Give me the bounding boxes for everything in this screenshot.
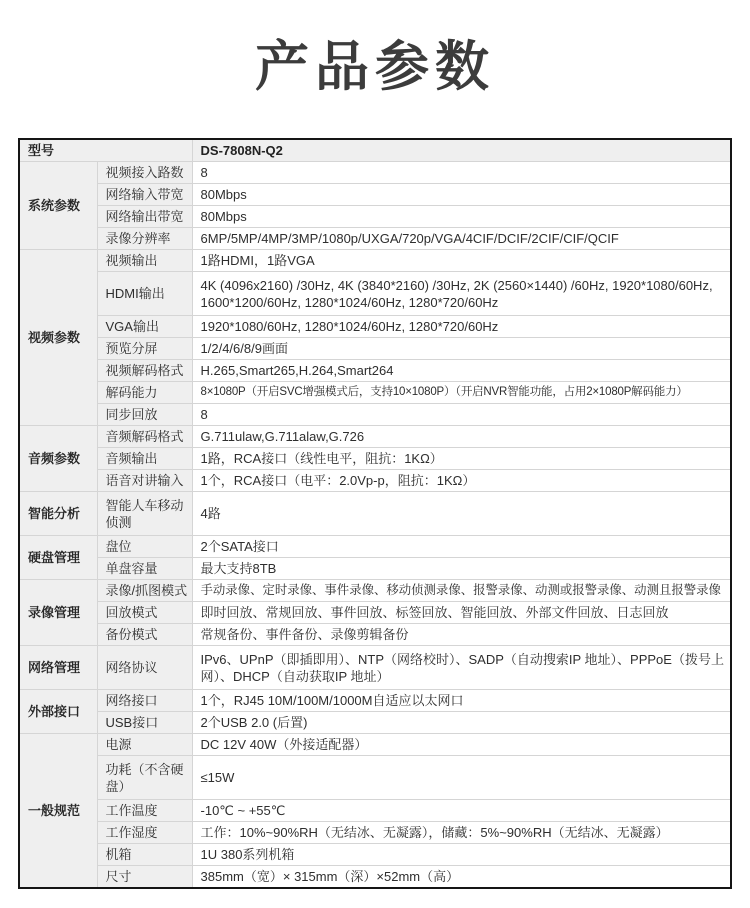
table-row: 回放模式 即时回放、常规回放、事件回放、标签回放、智能回放、外部文件回放、日志回… (19, 602, 731, 624)
table-row: 网络输出带宽 80Mbps (19, 206, 731, 228)
table-row: 尺寸 385mm（宽）× 315mm（深）×52mm（高） (19, 866, 731, 889)
category-cell-video: 视频参数 (19, 250, 97, 426)
spec-value: 385mm（宽）× 315mm（深）×52mm（高） (192, 866, 731, 889)
category-cell-recording: 录像管理 (19, 580, 97, 646)
table-row: 机箱 1U 380系列机箱 (19, 844, 731, 866)
spec-value: 4K (4096x2160) /30Hz, 4K (3840*2160) /30… (192, 272, 731, 316)
spec-value: 1个，RJ45 10M/100M/1000M自适应以太网口 (192, 690, 731, 712)
spec-value: 1个，RCA接口（电平：2.0Vp-p，阻抗：1KΩ） (192, 470, 731, 492)
spec-label: 网络接口 (97, 690, 192, 712)
spec-label: 备份模式 (97, 624, 192, 646)
spec-label: 网络输入带宽 (97, 184, 192, 206)
table-row: 系统参数 视频接入路数 8 (19, 162, 731, 184)
spec-label: 电源 (97, 734, 192, 756)
spec-value: 1路HDMI，1路VGA (192, 250, 731, 272)
spec-label: 单盘容量 (97, 558, 192, 580)
spec-value: 8 (192, 162, 731, 184)
spec-value: H.265,Smart265,H.264,Smart264 (192, 360, 731, 382)
table-row: 视频参数 视频输出 1路HDMI，1路VGA (19, 250, 731, 272)
table-row: 录像管理 录像/抓图模式 手动录像、定时录像、事件录像、移动侦测录像、报警录像、… (19, 580, 731, 602)
spec-label: 解码能力 (97, 382, 192, 404)
spec-value: 4路 (192, 492, 731, 536)
model-number: DS-7808N-Q2 (192, 139, 731, 162)
spec-value: 8 (192, 404, 731, 426)
spec-value: 工作：10%~90%RH（无结冰、无凝露），储藏：5%~90%RH（无结冰、无凝… (192, 822, 731, 844)
table-row: 视频解码格式 H.265,Smart265,H.264,Smart264 (19, 360, 731, 382)
table-row: 预览分屏 1/2/4/6/8/9画面 (19, 338, 731, 360)
spec-value: 手动录像、定时录像、事件录像、移动侦测录像、报警录像、动测或报警录像、动测且报警… (192, 580, 731, 602)
table-row: 一般规范 电源 DC 12V 40W（外接适配器） (19, 734, 731, 756)
category-cell-general: 一般规范 (19, 734, 97, 889)
spec-value: 80Mbps (192, 184, 731, 206)
spec-label: 网络输出带宽 (97, 206, 192, 228)
table-row: USB接口 2个USB 2.0 (后置) (19, 712, 731, 734)
spec-value: 8×1080P（开启SVC增强模式后，支持10×1080P）（开启NVR智能功能… (192, 382, 731, 404)
table-row: 语音对讲输入 1个，RCA接口（电平：2.0Vp-p，阻抗：1KΩ） (19, 470, 731, 492)
spec-label: VGA输出 (97, 316, 192, 338)
spec-label: 视频解码格式 (97, 360, 192, 382)
category-cell-system: 系统参数 (19, 162, 97, 250)
table-row: 录像分辨率 6MP/5MP/4MP/3MP/1080p/UXGA/720p/VG… (19, 228, 731, 250)
spec-value: 最大支持8TB (192, 558, 731, 580)
category-cell-audio: 音频参数 (19, 426, 97, 492)
table-row: VGA输出 1920*1080/60Hz, 1280*1024/60Hz, 12… (19, 316, 731, 338)
table-row: 硬盘管理 盘位 2个SATA接口 (19, 536, 731, 558)
spec-label: 工作温度 (97, 800, 192, 822)
model-header-label: 型号 (19, 139, 192, 162)
spec-value: -10℃ ~ +55℃ (192, 800, 731, 822)
spec-label: 回放模式 (97, 602, 192, 624)
spec-label: 语音对讲输入 (97, 470, 192, 492)
product-spec-page: 产品参数 型号 DS-7808N-Q2 系统参数 视频接入路数 8 网络输入带宽… (0, 0, 750, 908)
spec-value: G.711ulaw,G.711alaw,G.726 (192, 426, 731, 448)
spec-label: 尺寸 (97, 866, 192, 889)
category-cell-network: 网络管理 (19, 646, 97, 690)
spec-value: 2个SATA接口 (192, 536, 731, 558)
spec-value: 即时回放、常规回放、事件回放、标签回放、智能回放、外部文件回放、日志回放 (192, 602, 731, 624)
category-cell-interface: 外部接口 (19, 690, 97, 734)
table-row: 智能分析 智能人车移动侦测 4路 (19, 492, 731, 536)
spec-value: 2个USB 2.0 (后置) (192, 712, 731, 734)
spec-value: 80Mbps (192, 206, 731, 228)
spec-label: 工作湿度 (97, 822, 192, 844)
spec-label: 预览分屏 (97, 338, 192, 360)
spec-value: IPv6、UPnP（即插即用）、NTP（网络校时）、SADP（自动搜索IP 地址… (192, 646, 731, 690)
table-row: 网络管理 网络协议 IPv6、UPnP（即插即用）、NTP（网络校时）、SADP… (19, 646, 731, 690)
spec-value: 1U 380系列机箱 (192, 844, 731, 866)
table-row: 单盘容量 最大支持8TB (19, 558, 731, 580)
spec-label: 录像分辨率 (97, 228, 192, 250)
table-row: 备份模式 常规备份、事件备份、录像剪辑备份 (19, 624, 731, 646)
spec-label: 同步回放 (97, 404, 192, 426)
spec-table: 型号 DS-7808N-Q2 系统参数 视频接入路数 8 网络输入带宽 80Mb… (18, 138, 732, 889)
table-row: 音频输出 1路，RCA接口（线性电平，阻抗：1KΩ） (19, 448, 731, 470)
table-row: HDMI输出 4K (4096x2160) /30Hz, 4K (3840*21… (19, 272, 731, 316)
page-title: 产品参数 (0, 0, 750, 106)
spec-label: 视频输出 (97, 250, 192, 272)
spec-label: USB接口 (97, 712, 192, 734)
table-row: 网络输入带宽 80Mbps (19, 184, 731, 206)
spec-label: 盘位 (97, 536, 192, 558)
spec-label: 录像/抓图模式 (97, 580, 192, 602)
spec-value: 6MP/5MP/4MP/3MP/1080p/UXGA/720p/VGA/4CIF… (192, 228, 731, 250)
spec-value: 1920*1080/60Hz, 1280*1024/60Hz, 1280*720… (192, 316, 731, 338)
spec-label: HDMI输出 (97, 272, 192, 316)
table-row: 功耗（不含硬盘） ≤15W (19, 756, 731, 800)
table-row: 解码能力 8×1080P（开启SVC增强模式后，支持10×1080P）（开启NV… (19, 382, 731, 404)
spec-label: 视频接入路数 (97, 162, 192, 184)
category-cell-hdd: 硬盘管理 (19, 536, 97, 580)
spec-label: 网络协议 (97, 646, 192, 690)
category-cell-intelligent: 智能分析 (19, 492, 97, 536)
model-header-row: 型号 DS-7808N-Q2 (19, 139, 731, 162)
spec-value: 1路，RCA接口（线性电平，阻抗：1KΩ） (192, 448, 731, 470)
spec-value: 1/2/4/6/8/9画面 (192, 338, 731, 360)
spec-label: 音频解码格式 (97, 426, 192, 448)
table-row: 音频参数 音频解码格式 G.711ulaw,G.711alaw,G.726 (19, 426, 731, 448)
spec-label: 音频输出 (97, 448, 192, 470)
spec-value: 常规备份、事件备份、录像剪辑备份 (192, 624, 731, 646)
table-row: 外部接口 网络接口 1个，RJ45 10M/100M/1000M自适应以太网口 (19, 690, 731, 712)
spec-label: 功耗（不含硬盘） (97, 756, 192, 800)
spec-label: 机箱 (97, 844, 192, 866)
spec-value: DC 12V 40W（外接适配器） (192, 734, 731, 756)
spec-label: 智能人车移动侦测 (97, 492, 192, 536)
table-row: 同步回放 8 (19, 404, 731, 426)
spec-value: ≤15W (192, 756, 731, 800)
table-row: 工作湿度 工作：10%~90%RH（无结冰、无凝露），储藏：5%~90%RH（无… (19, 822, 731, 844)
table-row: 工作温度 -10℃ ~ +55℃ (19, 800, 731, 822)
